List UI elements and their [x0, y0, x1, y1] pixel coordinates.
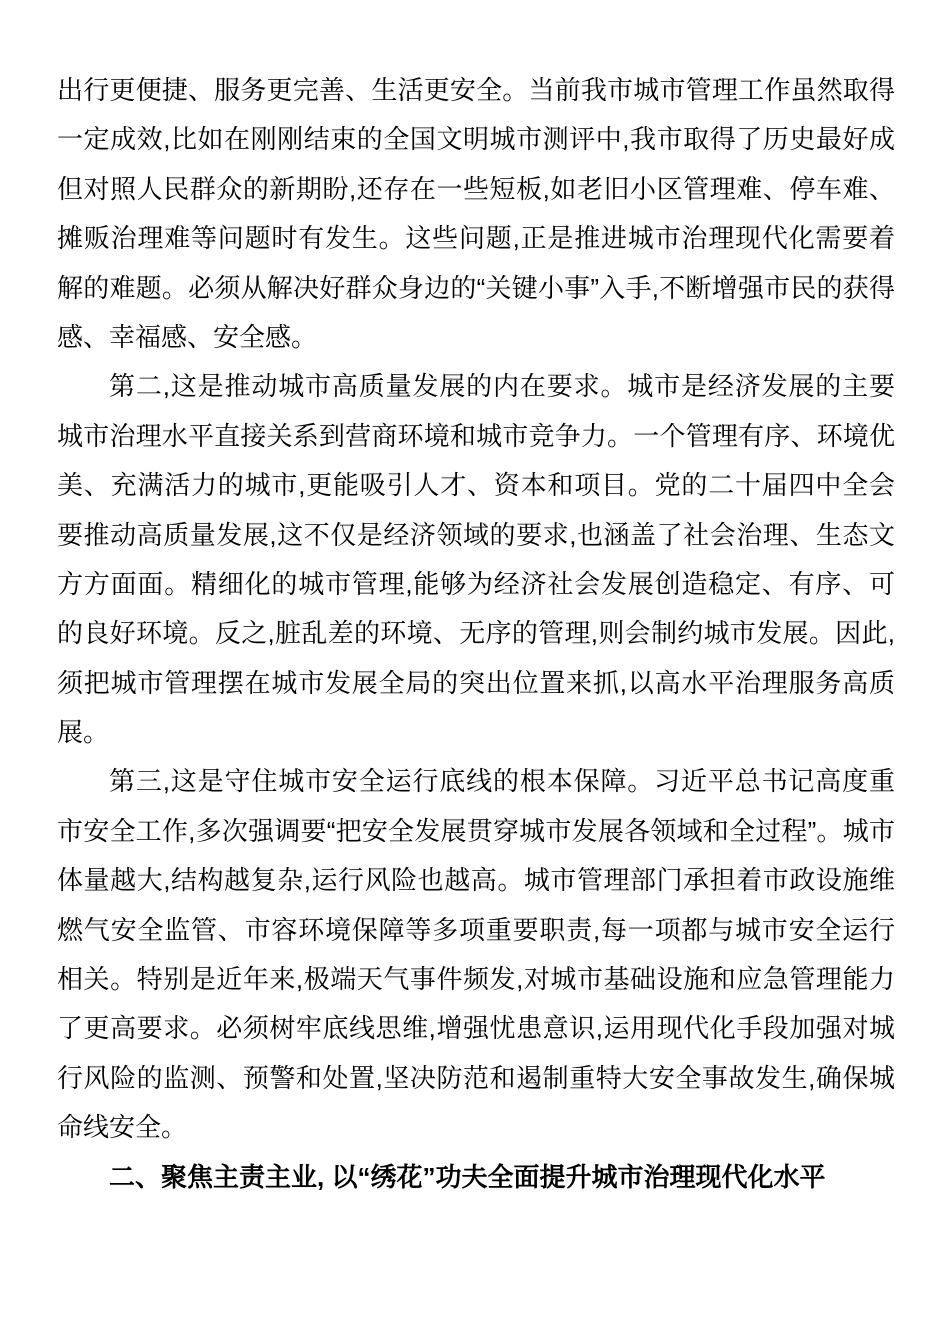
- text-line: 市安全工作,多次强调要“把安全发展贯穿城市发展各领域和全过程”。城市: [57, 807, 895, 856]
- text-line: 解的难题。必须从解决好群众身边的“关键小事”入手,不断增强市民的获得: [57, 264, 895, 313]
- paragraph-continuation: 出行更便捷、服务更完善、生活更安全。当前我市城市管理工作虽然取得了 一定成效,比…: [57, 66, 895, 362]
- text-line: 展。: [57, 708, 895, 757]
- text-line: 要推动高质量发展,这不仅是经济领域的要求,也涵盖了社会治理、生态文明等: [57, 511, 895, 560]
- text-line: 感、幸福感、安全感。: [57, 313, 895, 362]
- document-body: 出行更便捷、服务更完善、生活更安全。当前我市城市管理工作虽然取得了 一定成效,比…: [57, 66, 895, 1202]
- paragraph-third-point: 第三,这是守住城市安全运行底线的根本保障。习近平总书记高度重视城 市安全工作,多…: [57, 757, 895, 1152]
- text-line: 方方面面。精细化的城市管理,能够为经济社会发展创造稳定、有序、可预期: [57, 560, 895, 609]
- text-line: 出行更便捷、服务更完善、生活更安全。当前我市城市管理工作虽然取得了: [57, 66, 895, 115]
- text-line: 命线安全。: [57, 1103, 895, 1152]
- text-line: 城市治理水平直接关系到营商环境和城市竞争力。一个管理有序、环境优: [57, 412, 895, 461]
- text-line: 须把城市管理摆在城市发展全局的突出位置来抓,以高水平治理服务高质量发: [57, 659, 895, 708]
- section-heading: 二、聚焦主责主业, 以“绣花”功夫全面提升城市治理现代化水平: [57, 1153, 895, 1202]
- text-line: 一定成效,比如在刚刚结束的全国文明城市测评中,我市取得了历史最好成绩。: [57, 115, 895, 164]
- document-page: 出行更便捷、服务更完善、生活更安全。当前我市城市管理工作虽然取得了 一定成效,比…: [0, 0, 950, 1344]
- text-line: 行风险的监测、预警和处置,坚决防范和遏制重特大安全事故发生,确保城市生: [57, 1054, 895, 1103]
- text-line: 第二,这是推动城市高质量发展的内在要求。城市是经济发展的主要载体,: [57, 362, 895, 411]
- section-heading-text: 二、聚焦主责主业, 以“绣花”功夫全面提升城市治理现代化水平: [57, 1153, 895, 1202]
- text-line: 了更高要求。必须树牢底线思维,增强忧患意识,运用现代化手段加强对城市运: [57, 1004, 895, 1053]
- paragraph-second-point: 第二,这是推动城市高质量发展的内在要求。城市是经济发展的主要载体, 城市治理水平…: [57, 362, 895, 757]
- text-line: 但对照人民群众的新期盼,还存在一些短板,如老旧小区管理难、停车难、流动: [57, 165, 895, 214]
- text-line: 体量越大,结构越复杂,运行风险也越高。城市管理部门承担着市政设施维护、: [57, 856, 895, 905]
- text-line: 燃气安全监管、市容环境保障等多项重要职责,每一项都与城市安全运行息息: [57, 906, 895, 955]
- text-line: 的良好环境。反之,脏乱差的环境、无序的管理,则会制约城市发展。因此,必: [57, 609, 895, 658]
- text-line: 第三,这是守住城市安全运行底线的根本保障。习近平总书记高度重视城: [57, 757, 895, 806]
- text-line: 美、充满活力的城市,更能吸引人才、资本和项目。党的二十届四中全会强调: [57, 461, 895, 510]
- text-line: 相关。特别是近年来,极端天气事件频发,对城市基础设施和应急管理能力提出: [57, 955, 895, 1004]
- text-line: 摊贩治理难等问题时有发生。这些问题,正是推进城市治理现代化需要着力破: [57, 214, 895, 263]
